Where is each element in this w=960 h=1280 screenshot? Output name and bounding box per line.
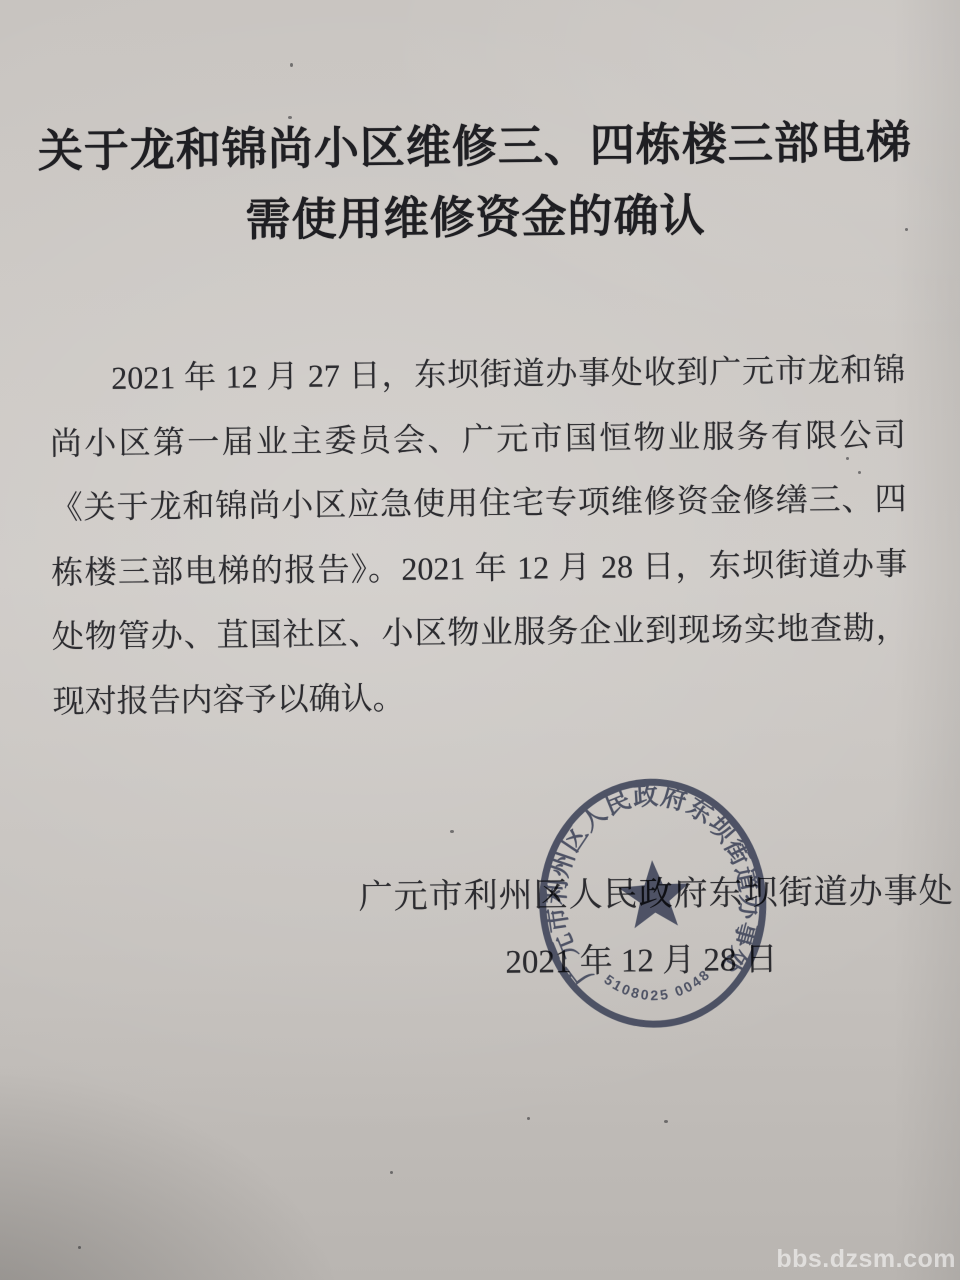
seal-code-text: 5108025 0048 [601, 965, 716, 1007]
body-line: 现对报告内容予以确认。 [52, 660, 909, 733]
ink-speck [390, 1171, 393, 1174]
title-line-2: 需使用维修资金的确认 [245, 191, 706, 246]
seal-star-icon [617, 858, 691, 929]
site-watermark: bbs.dzsm.com [776, 1245, 956, 1274]
body-line: 处物管办、苴国社区、小区物业服务企业到现场实地查勘， [52, 596, 909, 669]
title-line-1: 关于龙和锦尚小区维修三、四栋楼三部电梯 [38, 117, 912, 176]
ink-speck [78, 1246, 81, 1249]
body-line: 栋楼三部电梯的报告》。2021 年 12 月 28 日，东坝街道办事 [51, 531, 908, 604]
ink-speck [858, 471, 861, 474]
ink-speck [450, 830, 454, 833]
ink-speck [905, 228, 908, 231]
document-body: 2021 年 12 月 27 日，东坝街道办事处收到广元市龙和锦 尚小区第一届业… [49, 338, 909, 734]
ink-speck [290, 63, 293, 67]
ink-speck [664, 1120, 668, 1123]
body-line: 尚小区第一届业主委员会、广元市国恒物业服务有限公司 [50, 402, 907, 475]
ink-speck [288, 116, 292, 119]
document-photo: 关于龙和锦尚小区维修三、四栋楼三部电梯 需使用维修资金的确认 2021 年 12… [0, 0, 960, 1280]
ink-speck [527, 1117, 530, 1120]
paper-sheet: 关于龙和锦尚小区维修三、四栋楼三部电梯 需使用维修资金的确认 2021 年 12… [0, 0, 960, 1280]
official-seal-stamp: 广元市利州区人民政府东坝街道办事处 5108025 0048 [502, 743, 803, 1064]
ink-speck [846, 457, 849, 460]
svg-text:5108025 0048: 5108025 0048 [601, 965, 716, 1007]
body-line: 2021 年 12 月 27 日，东坝街道办事处收到广元市龙和锦 [49, 338, 906, 411]
body-line: 《关于龙和锦尚小区应急使用住宅专项维修资金修缮三、四 [50, 467, 907, 540]
document-title: 关于龙和锦尚小区维修三、四栋楼三部电梯 需使用维修资金的确认 [0, 107, 956, 259]
